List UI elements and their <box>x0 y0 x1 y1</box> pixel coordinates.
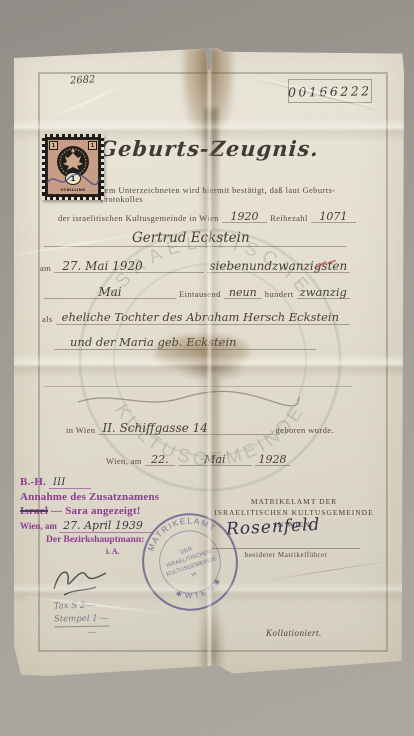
issue-day-handwritten: 22. <box>145 454 175 466</box>
ink-initials-scribble <box>44 168 102 192</box>
bh-number-handwritten: III <box>49 477 91 489</box>
geboren-label: geboren wurde. <box>276 426 334 435</box>
tear-notch <box>200 47 218 70</box>
birth-date-line: am 27. Mai 1920 siebenundzwanzigsten <box>40 260 350 273</box>
issue-month-handwritten: Mai <box>178 454 252 466</box>
parentage-handwritten: eheliche Tochter des Abraham Hersch Ecks… <box>56 312 350 325</box>
birth-date-handwritten: 27. Mai 1920 <box>54 260 203 273</box>
hundert-label: hundert <box>265 290 294 299</box>
community-text: der israelitischen Kultusgemeinde in Wie… <box>58 214 219 223</box>
community-line: der israelitischen Kultusgemeinde in Wie… <box>58 211 356 223</box>
bh-label: B.-H. <box>20 476 46 488</box>
fee-line3: — <box>54 626 109 640</box>
zusatzname-line: Annahme des Zusatznamens <box>20 491 212 504</box>
bh-line: B.-H. III <box>20 476 212 489</box>
kollationiert-label: Kollationiert. <box>266 628 322 638</box>
birth-month-handwritten: Mai <box>44 286 176 299</box>
child-name-handwritten: Gertrud Eckstein <box>44 232 346 247</box>
parentage-line: als eheliche Tochter des Abraham Hersch … <box>42 312 350 325</box>
name-line: Gertrud Eckstein <box>44 232 346 247</box>
intro-text: dem Unterzeichneten wird hiermit bestäti… <box>100 186 354 205</box>
year-word-handwritten: zwanzig <box>297 287 350 300</box>
serial-number-box: 00166222 <box>288 79 372 103</box>
revenue-stamp: 1 1 1 SCHILLING <box>42 134 104 200</box>
issue-year-handwritten: 1928 <box>255 454 290 466</box>
round-stamp-center4: IN <box>191 571 198 578</box>
in-wien-label: in Wien <box>66 426 95 435</box>
am-label: am <box>40 264 51 273</box>
district-place-label: Wien, am <box>20 521 57 531</box>
certificate-paper: ISRAELITISCHE KULTUSGEMEINDE 2682 001662… <box>14 48 404 676</box>
line-filler-flourish <box>74 388 304 414</box>
issue-place-label: Wien, am <box>106 457 142 466</box>
year-words-line: Mai Eintausend neun hundert zwanzig <box>44 286 350 299</box>
serial-number: 00166222 <box>288 83 372 99</box>
protocol-year-handwritten: 1920 <box>222 211 267 223</box>
birthplace-line: in Wien II. Schiffgasse 14 geboren wurde… <box>66 422 334 435</box>
fee-line2: Stempel 1·— <box>54 612 109 627</box>
intro-line: dem Unterzeichneten wird hiermit bestäti… <box>100 186 354 205</box>
issue-date-line: Wien, am 22. Mai 1928 <box>106 454 290 466</box>
reihezahl-label: Reihezahl <box>270 214 308 223</box>
birth-address-handwritten: II. Schiffgasse 14 <box>98 422 272 435</box>
empty-rule-line <box>44 378 352 387</box>
revenue-stamp-face: 1 1 1 SCHILLING <box>47 139 99 195</box>
sara-text: — Sara angezeigt! <box>51 505 141 517</box>
empty-rule <box>44 378 352 387</box>
file-number-handwritten: 2682 <box>70 75 96 86</box>
stamp-value-topleft: 1 <box>49 141 58 150</box>
struck-name: Israel <box>20 505 48 517</box>
mother-line: und der Maria geb. Eckstein <box>54 337 316 350</box>
reihezahl-handwritten: 1071 <box>311 211 356 223</box>
eintausend-label: Eintausend <box>179 290 221 299</box>
bezirkshauptmann-signature-scribble <box>46 559 116 601</box>
mother-handwritten: und der Maria geb. Eckstein <box>54 337 316 350</box>
als-label: als <box>42 315 53 324</box>
stamp-value-topright: 1 <box>88 141 97 150</box>
matrikelamt-line1: MATRIKELAMT DER <box>214 496 374 507</box>
century-word-handwritten: neun <box>224 287 262 299</box>
